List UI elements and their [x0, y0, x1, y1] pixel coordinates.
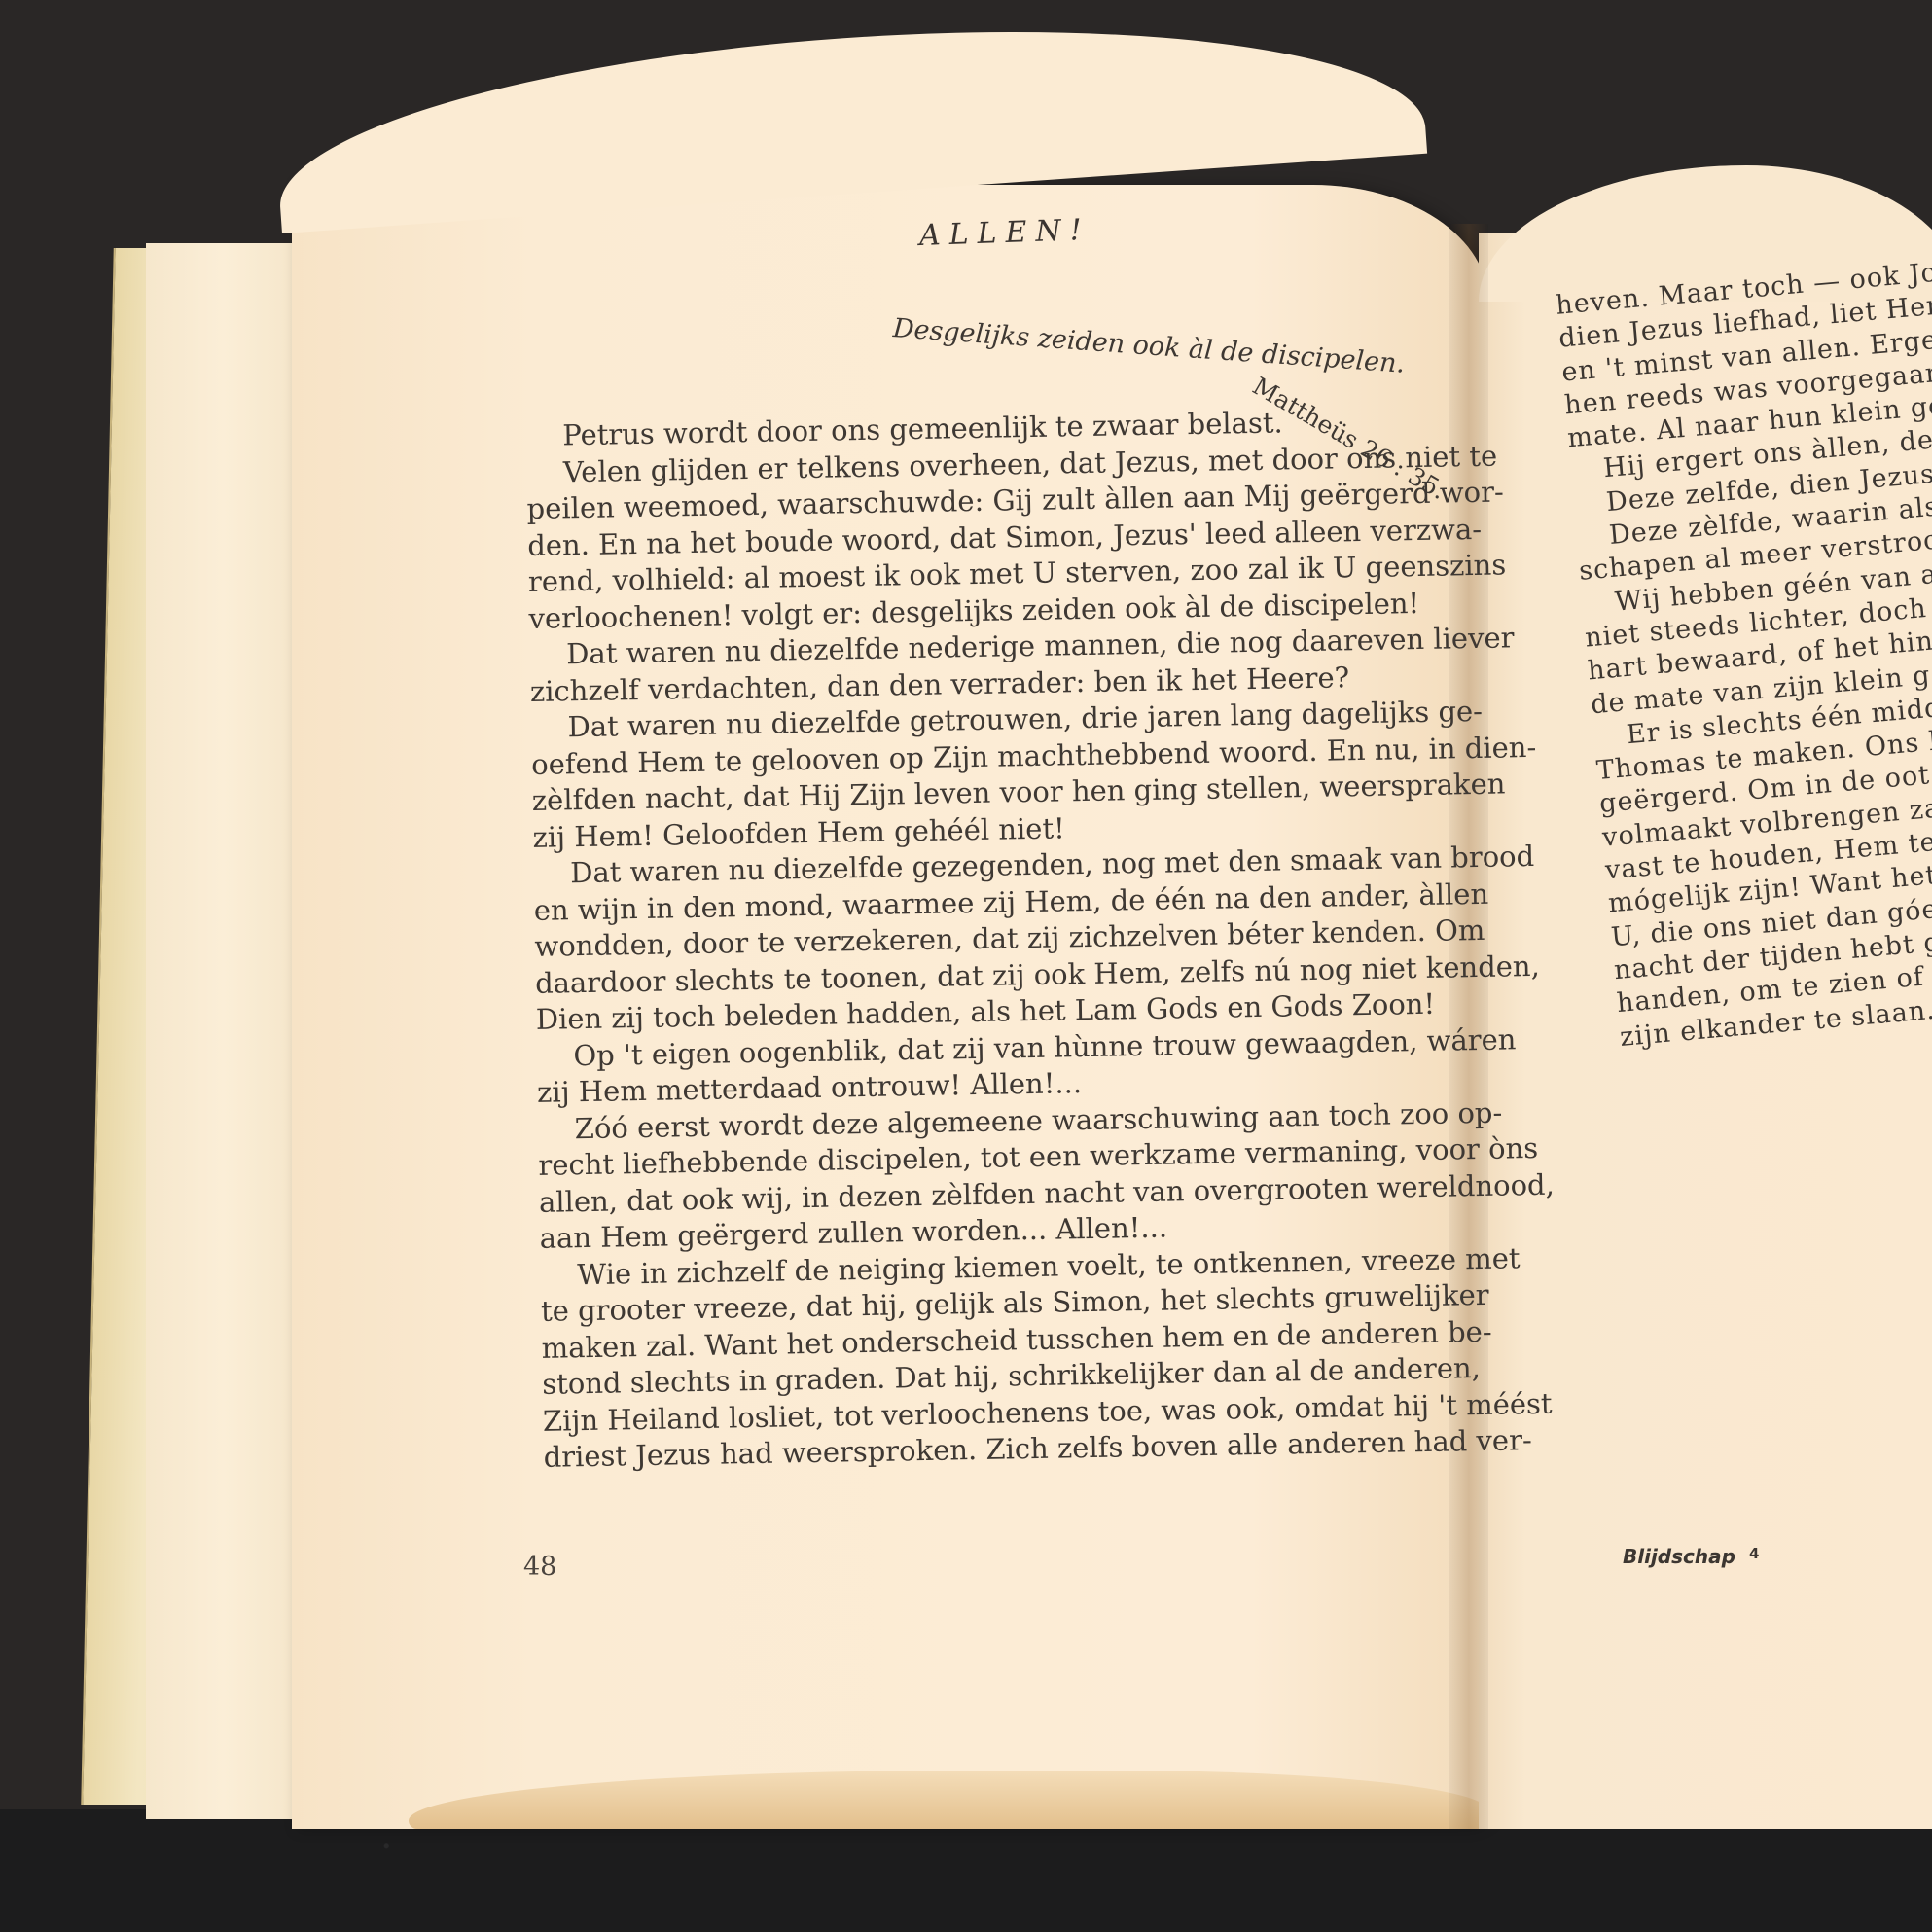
right-page-body: heven. Maar toch — ook Joh dien Jezus li…	[1555, 254, 1932, 1054]
flyleaf-pages	[146, 243, 304, 1819]
signature-number: 4	[1749, 1545, 1759, 1562]
signature-mark: Blijdschap4	[1623, 1545, 1759, 1568]
signature-title: Blijdschap	[1623, 1545, 1735, 1568]
chapter-title: ALLEN!	[918, 213, 1091, 253]
left-page-body: Petrus wordt door ons gemeenlijk te zwaa…	[525, 402, 1478, 1476]
page-number: 48	[523, 1552, 556, 1582]
